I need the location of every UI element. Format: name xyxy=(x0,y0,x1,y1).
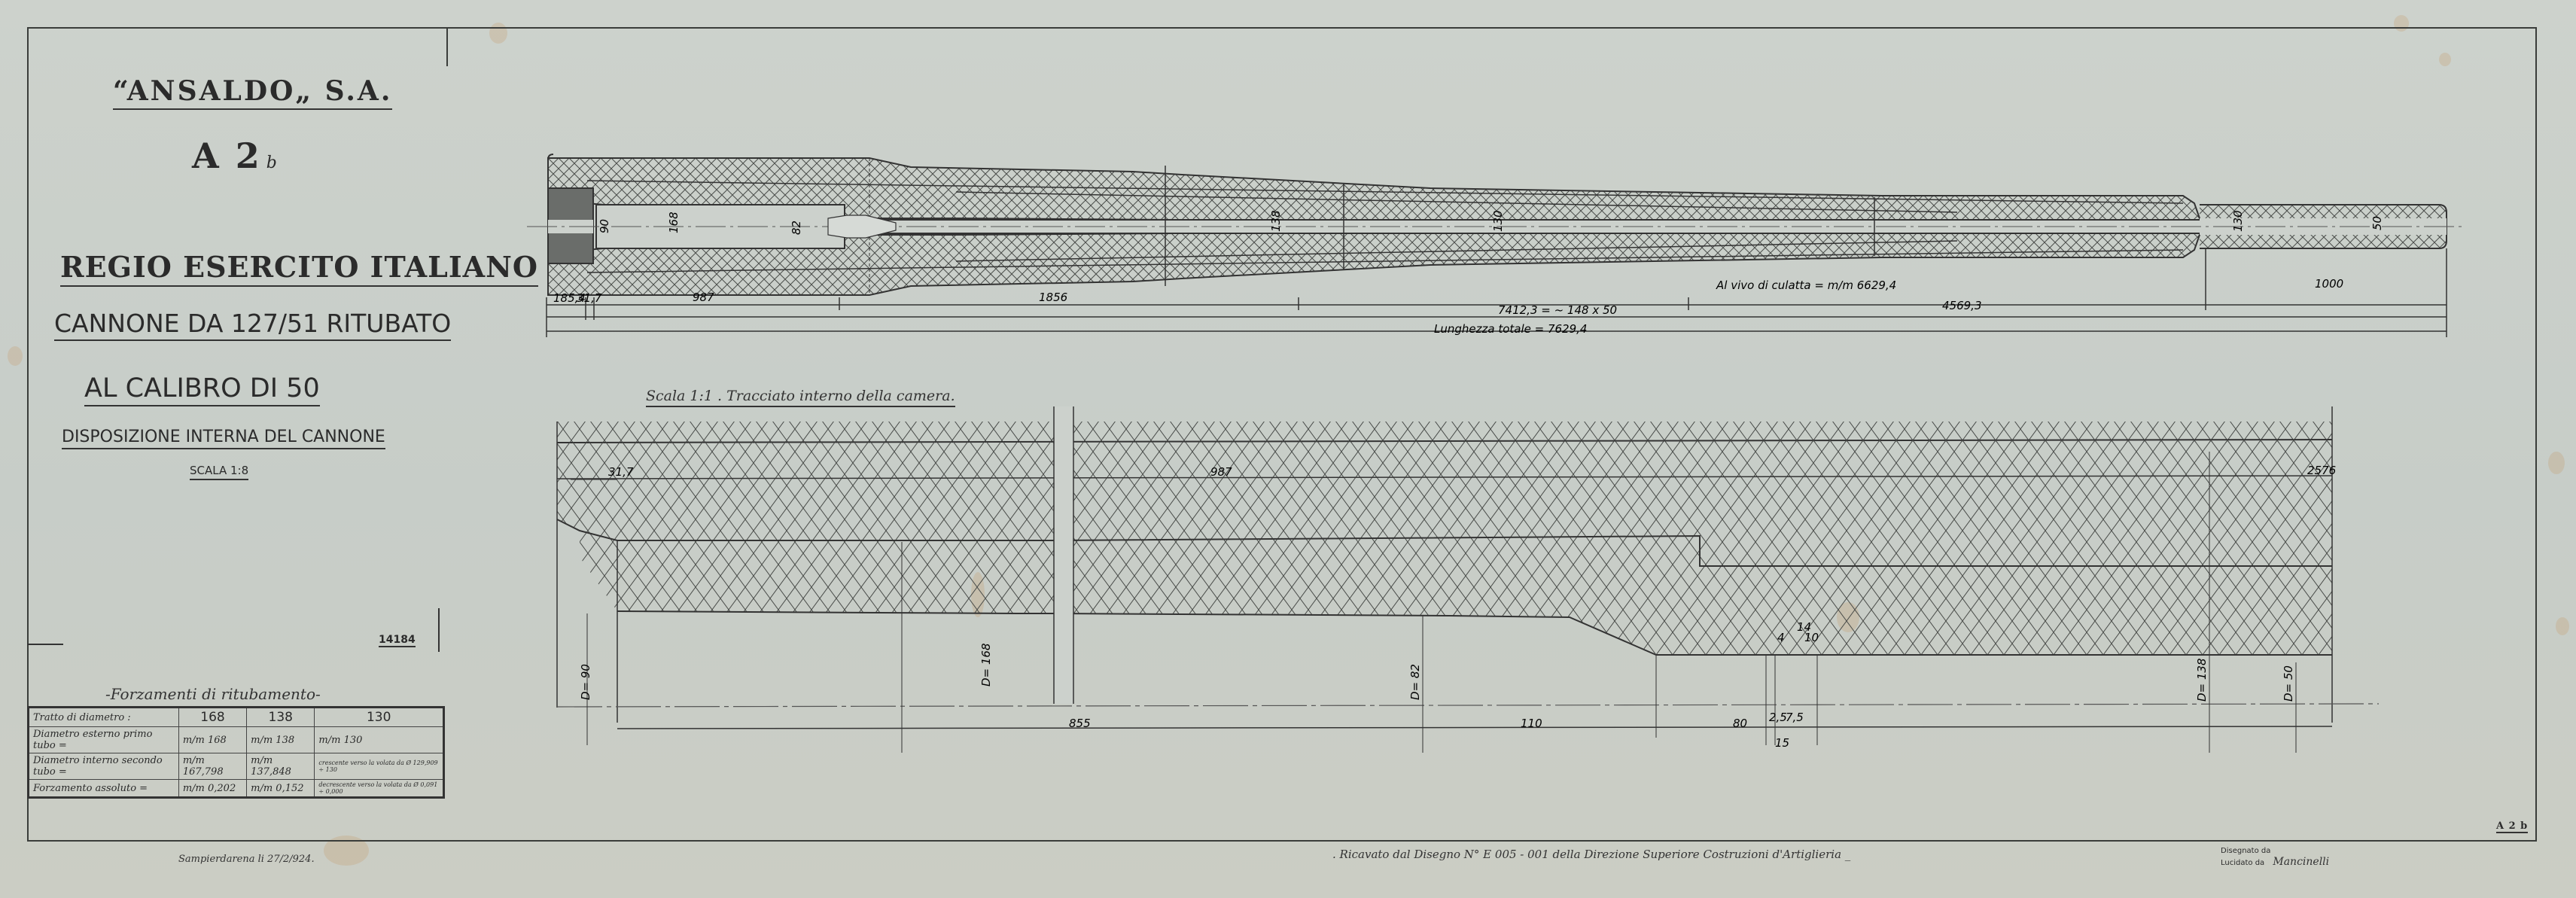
drawing-sheet: “ANSALDO„ S.A. A 2b REGIO ESERCITO ITALI… xyxy=(0,0,2576,898)
chamber-diam-90: D= 90 xyxy=(579,664,592,700)
chamber-dim-7-5: 7,5 xyxy=(1786,711,1804,724)
drafter-block: Disegnato da Lucidato da Mancinelli xyxy=(2221,846,2329,869)
diam-130: 130 xyxy=(1491,210,1505,232)
bore-length: 7412,3 = ~ 148 x 50 xyxy=(1498,303,1617,317)
place-date: Sampierdarena li 27/2/924. xyxy=(178,854,315,865)
chamber-dim-15: 15 xyxy=(1775,736,1789,750)
chamber-dim-4: 4 xyxy=(1777,631,1785,644)
diam-130-muzzle: 130 xyxy=(2231,210,2245,232)
diam-168: 168 xyxy=(667,212,681,233)
chamber-dim-2576: 2576 xyxy=(2307,464,2336,477)
dim-987: 987 xyxy=(693,291,714,304)
chamber-diam-168: D= 168 xyxy=(979,643,993,686)
dim-4569: 4569,3 xyxy=(1942,299,1982,312)
chamber-dim-31: 31,7 xyxy=(608,465,634,479)
dim-1000: 1000 xyxy=(2315,277,2343,291)
corner-drawing-code: A 2 b xyxy=(2496,820,2528,833)
chamber-dim-80: 80 xyxy=(1733,717,1747,730)
chamber-diam-82: D= 82 xyxy=(1408,664,1422,700)
chamber-dim-2-5: 2,5 xyxy=(1769,711,1787,724)
signature: Mancinelli xyxy=(2273,856,2329,868)
diam-50: 50 xyxy=(2370,216,2384,230)
dim-31: 31,7 xyxy=(577,291,602,305)
diam-82: 82 xyxy=(790,221,803,235)
diam-90: 90 xyxy=(598,219,611,233)
chamber-dim-987: 987 xyxy=(1210,465,1232,479)
traced-by-label: Lucidato da Mancinelli xyxy=(2221,857,2329,869)
traced-by-text: Lucidato da xyxy=(2221,859,2264,867)
diam-138: 138 xyxy=(1269,210,1283,232)
chamber-detail-title: Scala 1:1 . Tracciato interno della came… xyxy=(646,388,955,407)
chamber-diam-50: D= 50 xyxy=(2282,665,2295,702)
drawn-by-label: Disegnato da xyxy=(2221,846,2329,857)
al-vivo-label: Al vivo di culatta = m/m 6629,4 xyxy=(1716,279,1896,292)
chamber-diam-138: D= 138 xyxy=(2195,658,2209,702)
chamber-detail xyxy=(557,406,2379,753)
chamber-dim-10: 10 xyxy=(1804,631,1819,644)
total-length: Lunghezza totale = 7629,4 xyxy=(1434,322,1587,336)
source-note: . Ricavato dal Disegno N° E 005 - 001 de… xyxy=(1332,848,1850,861)
technical-drawing: 185,4 31,7 987 1856 Al vivo di culatta =… xyxy=(0,0,2576,898)
chamber-dim-110: 110 xyxy=(1521,717,1542,730)
dim-1856: 1856 xyxy=(1039,291,1067,304)
chamber-dim-855: 855 xyxy=(1069,717,1091,730)
